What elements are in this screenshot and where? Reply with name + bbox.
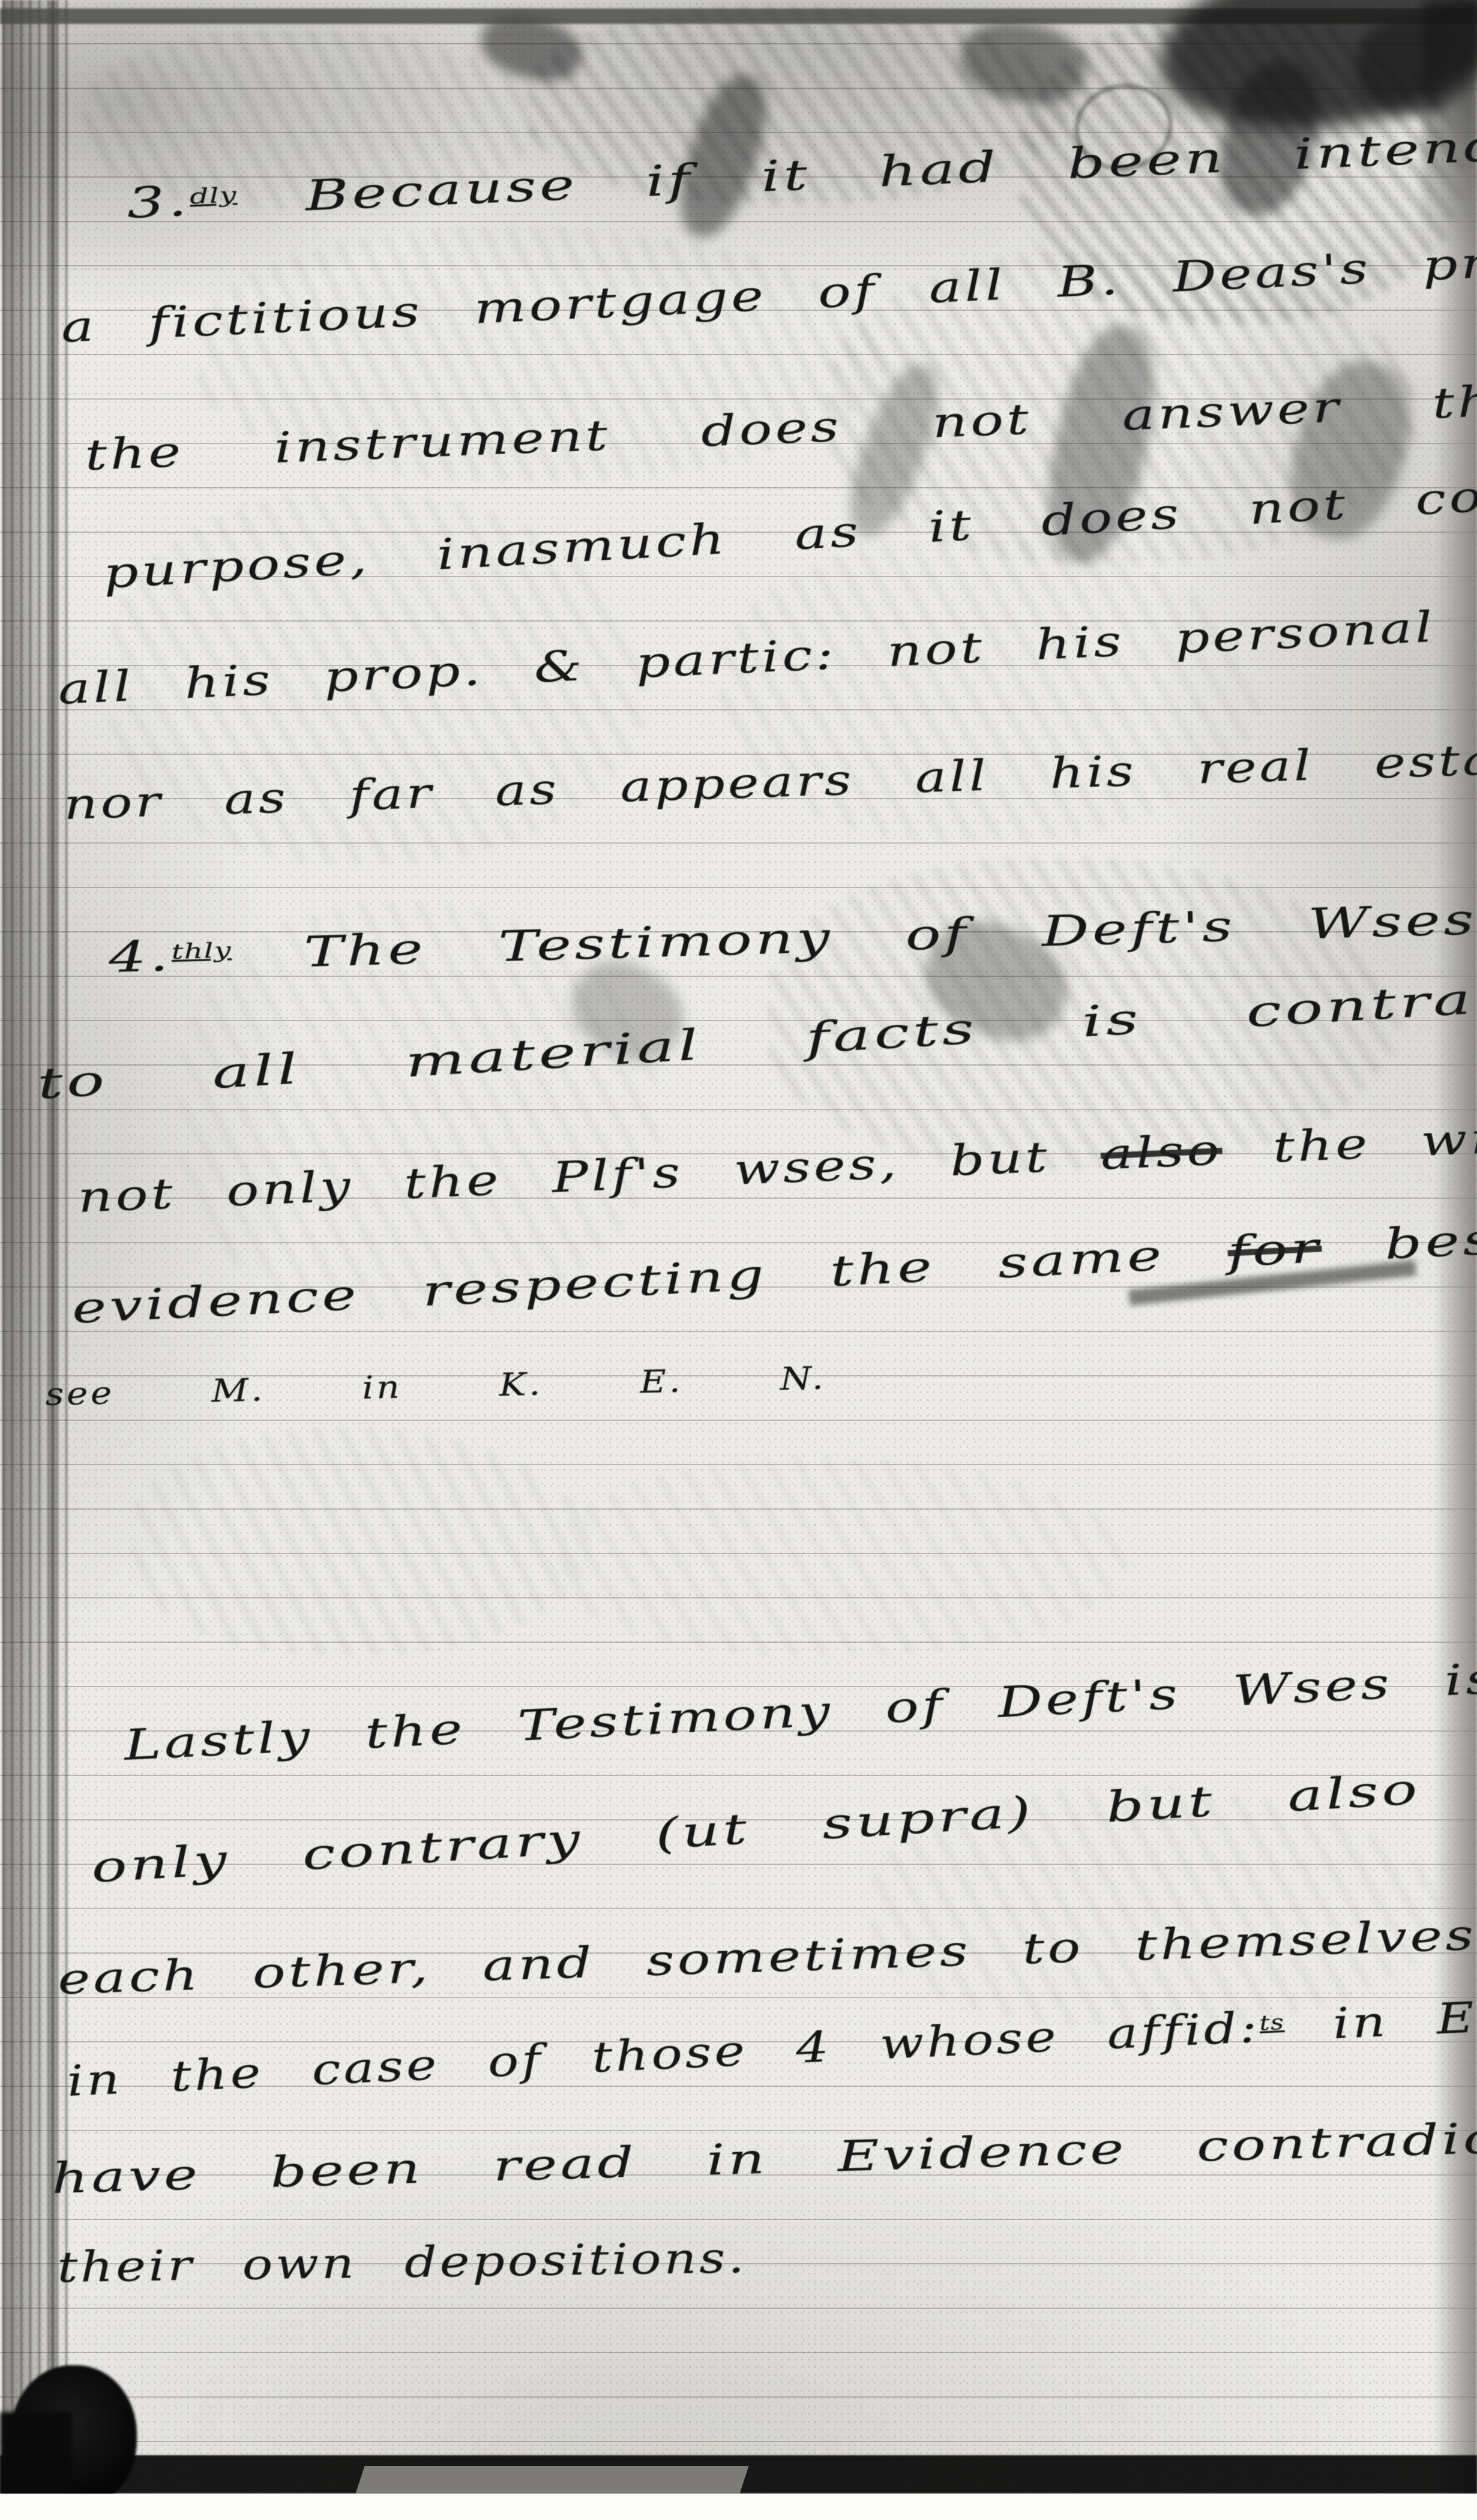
superscript: dly (189, 183, 238, 209)
struck-word: also (1099, 1125, 1223, 1179)
line-text: 4. (108, 931, 172, 982)
line-text: 3. (126, 176, 191, 228)
struck-word: for (1227, 1223, 1323, 1277)
page-holder-shadow (0, 2412, 72, 2502)
scan-margin (0, 2494, 1477, 2520)
line-text: their own depositions. (57, 2233, 747, 2292)
superscript: ts (1259, 2011, 1285, 2036)
manuscript-line: their own depositions. (57, 2233, 747, 2292)
scan-bottom-bar-gap (356, 2466, 749, 2494)
manuscript-scan: 3.dly Because if it had been intended to… (0, 0, 1477, 2520)
superscript: thly (171, 938, 232, 964)
binding-gutter (2, 0, 70, 2520)
binding-rule-line (50, 0, 55, 2520)
